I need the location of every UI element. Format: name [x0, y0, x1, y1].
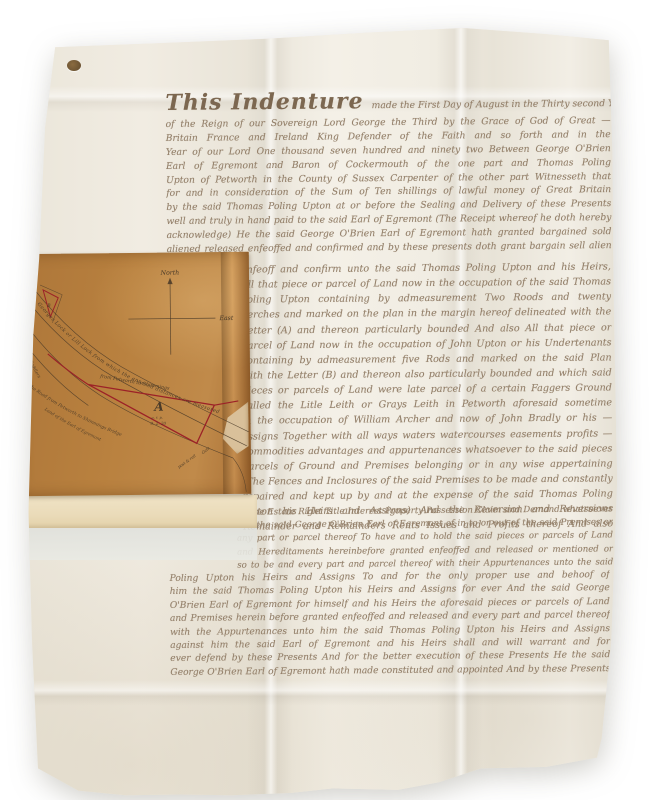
horizontal-fold-crease-bottom: [25, 680, 617, 706]
deed-opening-lines: of the Reign of our Sovereign Lord Georg…: [166, 114, 612, 257]
deed-heading-line: This Indenturemade the First Day of Augu…: [165, 84, 610, 118]
photograph-background: This Indenturemade the First Day of Augu…: [0, 0, 650, 800]
survey-map: North East: [17, 252, 252, 496]
deed-opening-block: This Indenturemade the First Day of Augu…: [165, 84, 611, 257]
deed-map-side-lines: enfeoff and confirm unto the said Thomas…: [241, 259, 613, 535]
lane-label: lane called Saddlers: [18, 337, 42, 380]
compass-north-label: North: [160, 270, 180, 277]
deed-heading-script: This Indenture: [165, 88, 363, 116]
deed-closing-lines: Poling Upton his Heirs and Assigns To an…: [170, 569, 611, 680]
deed-map-side-block: enfeoff and confirm unto the said Thomas…: [241, 259, 613, 535]
parcel-a-label: A: [153, 400, 163, 414]
map-backing-strip: [18, 495, 257, 528]
deed-paper: This Indenturemade the First Day of Augu…: [25, 28, 617, 796]
parcel-b-label: B: [46, 303, 51, 309]
deed-paper-wrap: This Indenturemade the First Day of Augu…: [25, 28, 617, 796]
deed-strip-side-lines: all the Estate Right Title Interest Prop…: [237, 503, 614, 572]
punch-hole: [67, 60, 81, 71]
deed-heading-rest: made the First Day of August in the Thir…: [372, 98, 629, 111]
post-rail-label: post & rail: [177, 453, 198, 470]
north-arrow-icon: [167, 278, 172, 285]
parcel-a-area-header: a. r. p.: [151, 416, 163, 420]
deed-line: George O'Brien Earl of Egremont hath mad…: [170, 663, 610, 680]
map-drawing: North East: [17, 252, 252, 496]
gate-label: Gate: [200, 445, 211, 455]
compass-rose: North East: [128, 269, 234, 355]
deed-closing-block: Poling Upton his Heirs and Assigns To an…: [170, 569, 611, 680]
compass-east-label: East: [218, 315, 233, 322]
fold-shadow-band: [24, 528, 257, 560]
parcel-a-area-values: 0. 2. 20: [150, 421, 166, 426]
outer-road-label: Georges Lock or Lill Lock from which the…: [36, 300, 221, 418]
deed-strip-side-block: all the Estate Right Title Interest Prop…: [237, 503, 614, 572]
road-top-label: from Petworth to Shimmings: [99, 373, 171, 393]
